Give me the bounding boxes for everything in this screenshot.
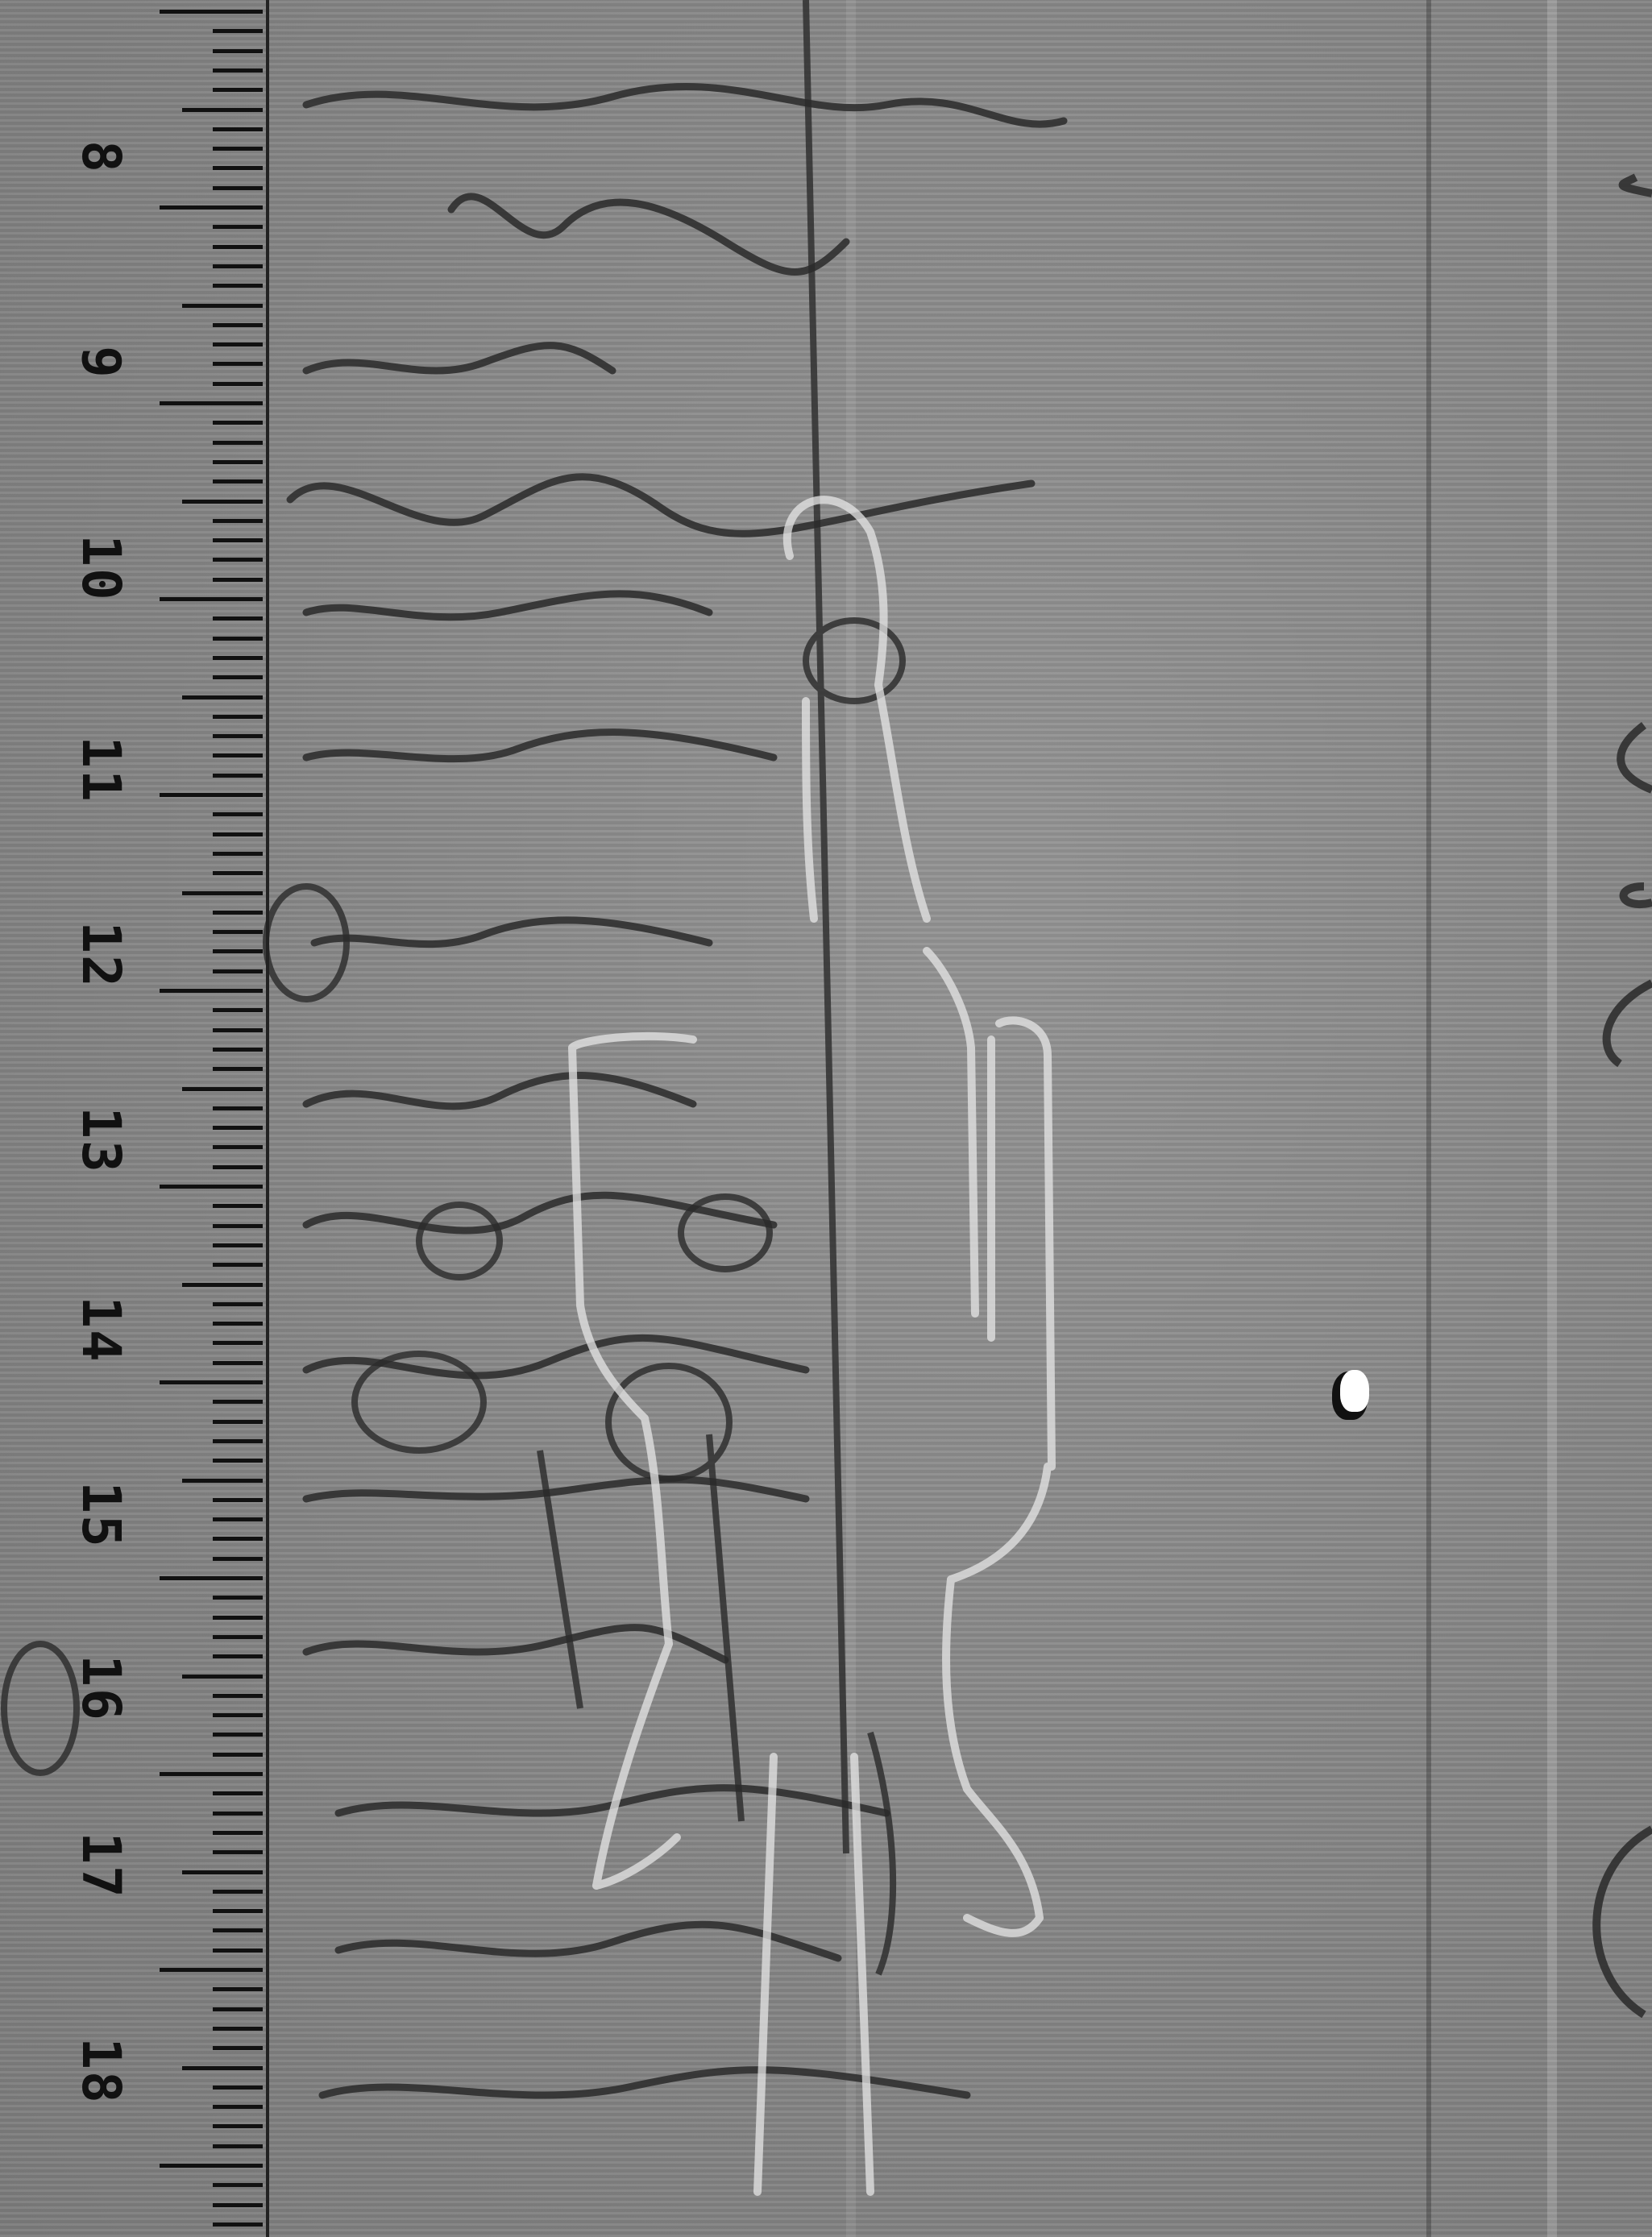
ruler-label-12: 12 — [77, 911, 125, 999]
ruler-tick — [213, 2105, 263, 2109]
ruler-tick — [213, 49, 263, 53]
ruler-tick — [213, 1243, 263, 1247]
ruler-tick — [213, 362, 263, 366]
ruler-tick — [213, 812, 263, 816]
ruler-tick — [213, 186, 263, 190]
ruler-tick — [213, 441, 263, 445]
ruler-tick — [213, 2046, 263, 2050]
ruler-tick — [213, 753, 263, 757]
ruler-tick — [213, 1596, 263, 1600]
ruler-tick — [213, 1654, 263, 1658]
ruler-tick — [213, 558, 263, 562]
ruler-tick — [160, 597, 263, 601]
ruler-tick — [213, 1557, 263, 1561]
ruler-tick — [213, 127, 263, 131]
ruler-tick — [213, 421, 263, 425]
ruler-tick — [182, 1283, 263, 1287]
ruler-tick — [213, 1420, 263, 1424]
ruler-tick — [213, 1791, 263, 1795]
ruler-tick — [213, 29, 263, 33]
ruler-tick — [213, 1126, 263, 1130]
ruler-tick — [213, 1204, 263, 1208]
ruler-tick — [213, 2203, 263, 2207]
ruler-label-9: 9 — [77, 318, 125, 407]
ruler-tick — [213, 1263, 263, 1267]
ruler-tick — [213, 1459, 263, 1463]
ruler-tick — [213, 1850, 263, 1854]
ruler-tick — [182, 1675, 263, 1679]
ruler-tick — [213, 715, 263, 719]
ruler-tick — [213, 1322, 263, 1326]
ruler-tick — [213, 1713, 263, 1717]
ruler-tick — [213, 68, 263, 73]
ruler-tick — [213, 1361, 263, 1365]
ruler-tick — [213, 519, 263, 523]
ruler-edge — [266, 0, 269, 2237]
ruler-tick — [213, 1909, 263, 1913]
ruler-tick — [213, 852, 263, 856]
ruler-label-18: 18 — [77, 2027, 125, 2115]
ruler-tick — [213, 832, 263, 836]
ruler-tick — [213, 911, 263, 915]
ruler-tick — [182, 108, 263, 112]
ruler-tick — [213, 1635, 263, 1639]
ruler-tick — [213, 479, 263, 484]
manuscript-radiograph: 8 9 10 11 12 13 14 15 16 17 18 — [0, 0, 1652, 2237]
ruler-tick — [213, 2183, 263, 2187]
ruler-tick — [160, 2164, 263, 2168]
ruler-tick — [213, 382, 263, 386]
ruler-tick — [213, 930, 263, 934]
ruler-tick — [213, 1439, 263, 1443]
ruler-tick — [213, 147, 263, 151]
ruler-tick — [213, 1008, 263, 1012]
ruler-label-17: 17 — [77, 1821, 125, 1910]
ruler-label-13: 13 — [77, 1096, 125, 1185]
ruler-tick — [213, 2086, 263, 2090]
ruler-tick — [213, 1498, 263, 1502]
ruler-tick — [213, 1165, 263, 1169]
ruler-tick — [160, 1576, 263, 1580]
ruler-tick — [160, 989, 263, 993]
ruler-tick — [213, 88, 263, 92]
ruler-tick — [213, 1341, 263, 1345]
ruler-label-11: 11 — [77, 725, 125, 814]
ruler-tick — [213, 245, 263, 249]
ruler-tick — [213, 1890, 263, 1894]
ruler-tick — [213, 734, 263, 738]
ruler-tick — [213, 1753, 263, 1757]
ruler-tick — [213, 225, 263, 229]
ruler-tick — [182, 1479, 263, 1483]
ruler-tick — [213, 1067, 263, 1071]
ruler-tick — [213, 1616, 263, 1620]
ruler-tick — [213, 1928, 263, 1932]
ruler-tick — [213, 1733, 263, 1737]
ruler-tick — [213, 2222, 263, 2227]
centimetre-ruler: 8 9 10 11 12 13 14 15 16 17 18 — [0, 0, 274, 2237]
ruler-label-10: 10 — [77, 524, 125, 612]
ruler-tick — [213, 616, 263, 620]
ruler-tick — [160, 1380, 263, 1384]
ruler-tick — [182, 2066, 263, 2070]
ruler-tick — [160, 1185, 263, 1189]
ruler-tick — [213, 774, 263, 778]
ruler-tick — [213, 871, 263, 875]
ruler-label-16: 16 — [77, 1644, 125, 1733]
ruler-tick — [213, 460, 263, 464]
ruler-tick — [213, 323, 263, 327]
ruler-tick — [213, 1517, 263, 1521]
ruler-tick — [213, 949, 263, 953]
ruler-tick — [213, 284, 263, 288]
ruler-tick — [213, 538, 263, 542]
ruler-tick — [213, 166, 263, 170]
ruler-tick — [182, 1087, 263, 1091]
ruler-tick — [213, 1302, 263, 1306]
ruler-tick — [213, 969, 263, 973]
ruler-tick — [213, 1048, 263, 1052]
ruler-tick — [213, 1145, 263, 1149]
ruler-label-14: 14 — [77, 1285, 125, 1374]
ruler-tick — [182, 304, 263, 308]
ruler-tick — [213, 656, 263, 660]
ruler-tick — [160, 1968, 263, 1972]
paper-hole — [1340, 1370, 1369, 1412]
ruler-tick — [213, 1106, 263, 1110]
ruler-tick — [213, 1949, 263, 1953]
ruler-tick — [213, 1224, 263, 1228]
ruler-label-8: 8 — [77, 113, 125, 201]
ruler-tick — [160, 10, 263, 14]
ruler-tick — [213, 1028, 263, 1032]
ruler-tick — [160, 1772, 263, 1776]
ruler-tick — [182, 500, 263, 504]
ruler-tick — [160, 205, 263, 210]
ruler-tick — [182, 1870, 263, 1874]
ruler-tick — [213, 1987, 263, 1991]
ruler-tick — [213, 1831, 263, 1835]
ruler-tick — [213, 1812, 263, 1816]
ruler-tick — [182, 891, 263, 895]
ruler-tick — [182, 695, 263, 699]
ruler-tick — [213, 264, 263, 268]
ruler-tick — [213, 1537, 263, 1541]
ruler-label-15: 15 — [77, 1471, 125, 1559]
ruler-tick — [160, 401, 263, 405]
ruler-tick — [213, 342, 263, 347]
ruler-tick — [213, 578, 263, 582]
ruler-tick — [213, 2124, 263, 2128]
ruler-tick — [213, 2144, 263, 2148]
ruler-tick — [213, 1400, 263, 1404]
ruler-tick — [213, 1694, 263, 1698]
ruler-tick — [213, 637, 263, 641]
ruler-tick — [213, 2027, 263, 2031]
ruler-tick — [213, 2007, 263, 2011]
ruler-tick — [213, 675, 263, 679]
ruler-tick — [160, 793, 263, 797]
